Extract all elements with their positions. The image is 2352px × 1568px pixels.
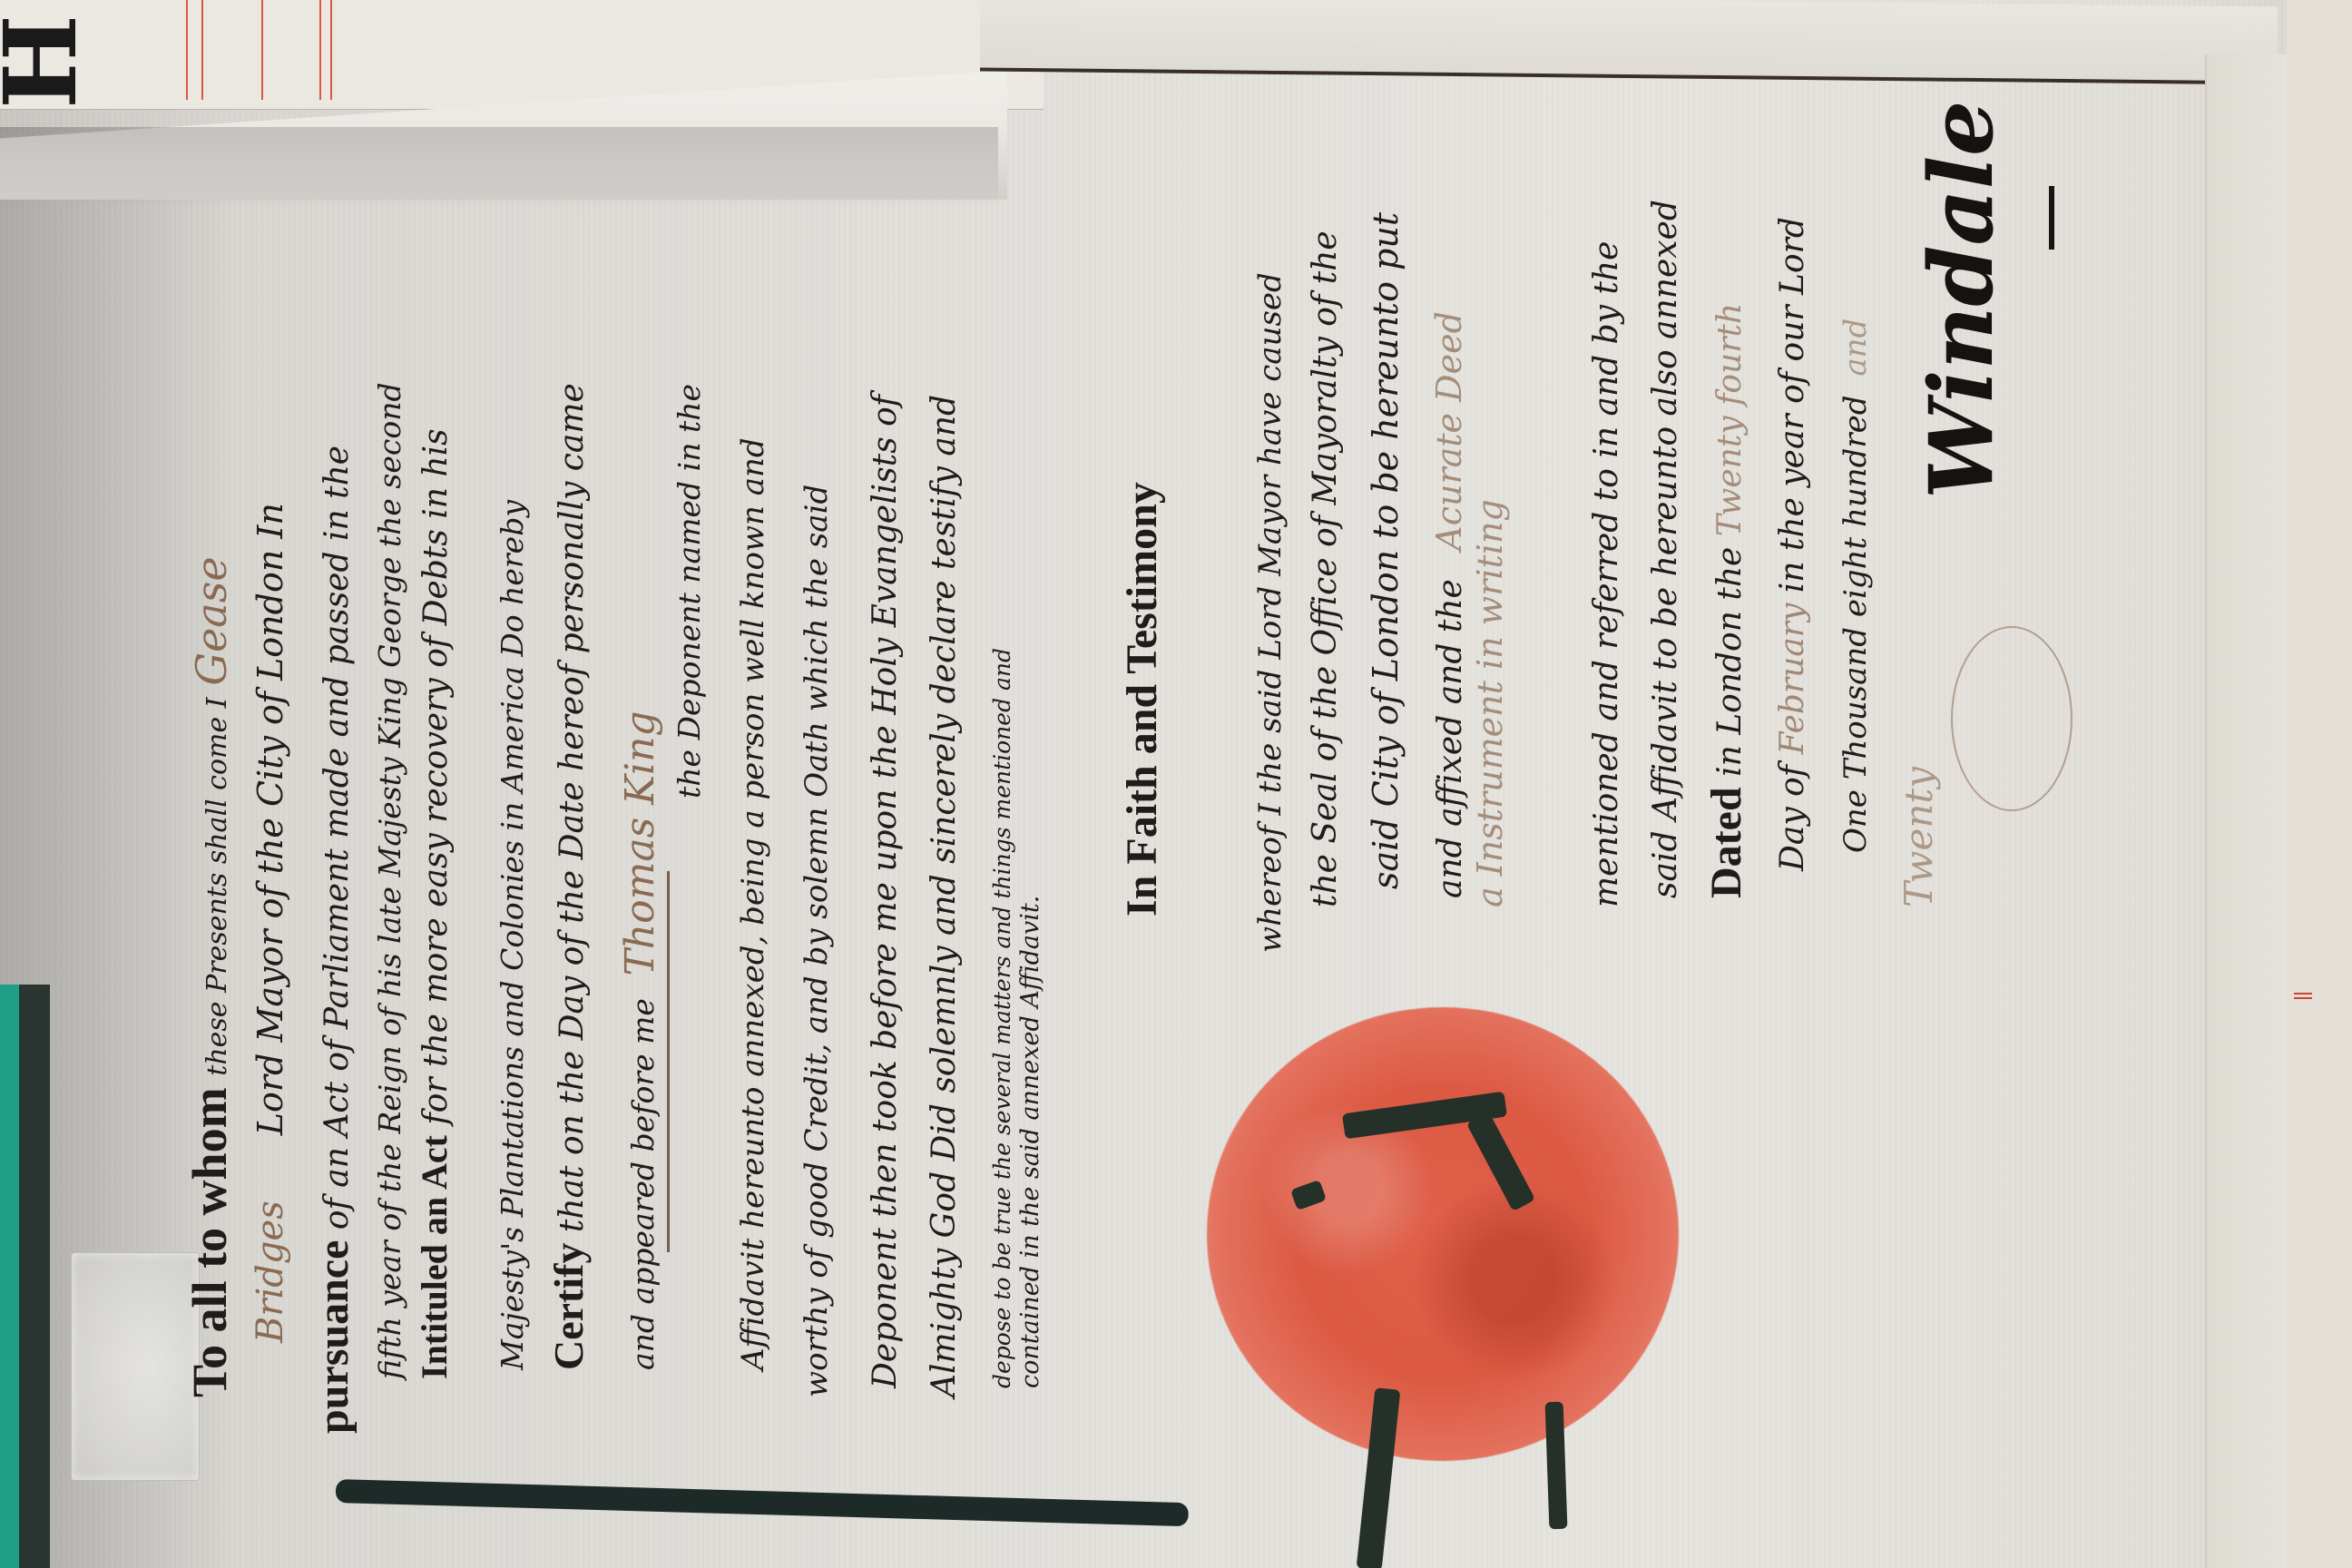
line-text: Almighty God Did solemnly and sincerely … (926, 395, 963, 1397)
blank-rule-line (667, 871, 670, 1252)
line-text: Day of (1774, 765, 1811, 871)
line-text: mentioned and referred to in and by the (1588, 241, 1625, 907)
line-text: Lord Mayor of the City of London In (250, 503, 290, 1135)
certificate-line-2: Bridges Lord Mayor of the City of London… (250, 503, 291, 1343)
deponent-name-fill: Thomas King (617, 710, 663, 975)
heading-intituled: Intituled an Act (414, 1135, 455, 1379)
certificate-line-7: Certify that on the Day of the Date here… (544, 383, 593, 1370)
line-text: Affidavit hereunto annexed, being a pers… (735, 437, 771, 1370)
testimony-line-2: the Seal of the Office of Mayoralty of t… (1307, 230, 1344, 907)
red-margin-line (201, 0, 203, 100)
line-text: the Seal of the Office of Mayoralty of t… (1307, 230, 1344, 907)
line-text: Majesty's Plantations and Colonies in Am… (495, 500, 530, 1370)
line-text: that on the Day of the Date hereof perso… (554, 383, 591, 1232)
month-fill: February (1774, 603, 1811, 755)
certificate-line-4: fifth year of the Reign of his late Maje… (372, 382, 407, 1379)
mayor-signature: Windale (1910, 101, 2013, 499)
heading-to-all-to-whom: To all to whom (182, 1087, 237, 1397)
signature-flourish (2049, 186, 2054, 250)
mayor-surname-fill: Bridges (250, 1200, 291, 1343)
testimony-line-7: said Affidavit to be hereunto also annex… (1647, 200, 1684, 898)
line-text: Deponent then took before me upon the Ho… (867, 395, 904, 1388)
certificate-line-9: the Deponent named in the (671, 384, 707, 799)
top-folded-flap (980, 0, 2278, 84)
red-wax-seal (1207, 1007, 1679, 1461)
adjacent-sheet (2287, 0, 2352, 1568)
certificate-line-8: and appeared before me Thomas King (617, 710, 663, 1370)
blackletter-fragment: H (0, 15, 91, 109)
instrument-description-fill: Acurate Deed (1429, 311, 1469, 551)
heading-dated: Dated (1702, 787, 1750, 898)
certificate-line-3: pursuance of an Act of Parliament made a… (309, 446, 358, 1434)
red-margin-line (186, 0, 188, 100)
year-fill: Twenty (1896, 767, 1941, 907)
line-text: and affixed and the (1432, 579, 1469, 898)
certificate-line-12: Deponent then took before me upon the Ho… (867, 395, 904, 1388)
testimony-line-4: and affixed and the Acurate Deed (1429, 311, 1469, 898)
line-text: these Presents shall come I (201, 697, 233, 1075)
line-text: in the year of our Lord (1774, 217, 1811, 593)
testimony-line-9: Day of February in the year of our Lord (1774, 217, 1811, 871)
certificate-line-6: Majesty's Plantations and Colonies in Am… (495, 500, 530, 1370)
fold-shadow (0, 127, 998, 209)
testimony-line-5: a Instrument in writing (1470, 499, 1510, 907)
instrument-type-fill: a Instrument in writing (1470, 499, 1510, 907)
testimony-line-1: whereof I the said Lord Mayor have cause… (1252, 272, 1289, 953)
testimony-line-6: mentioned and referred to in and by the (1588, 241, 1625, 907)
year-conjunction-fill: and (1837, 318, 1874, 377)
line-text: whereof I the said Lord Mayor have cause… (1252, 272, 1289, 953)
red-margin-line (330, 0, 332, 100)
red-rule-mark (2294, 993, 2312, 995)
heading-pursuance: pursuance (309, 1240, 358, 1434)
line-text: said Affidavit to be hereunto also annex… (1647, 200, 1684, 898)
red-margin-line (261, 0, 263, 100)
heading-certify: Certify (545, 1243, 592, 1370)
embossed-revenue-stamp (71, 1252, 200, 1481)
line-text: of an Act of Parliament made and passed … (318, 446, 356, 1230)
heading-in-faith-and-testimony: In Faith and Testimony (1118, 482, 1166, 916)
mayor-name-fill: Gease (187, 556, 236, 685)
flourish-loop (1951, 626, 2073, 811)
line-text: depose to be true the several matters an… (989, 648, 1015, 1388)
certificate-line-15: contained in the said annexed Affidavit. (1016, 896, 1044, 1388)
line-text: and appeared before me (625, 998, 661, 1370)
line-text: for the more easy recovery of Debts in h… (417, 428, 455, 1124)
certificate-line-5: Intituled an Act for the more easy recov… (413, 428, 456, 1379)
line-text: the Deponent named in the (671, 384, 707, 799)
testimony-line-3: said City of London to be hereunto put (1366, 212, 1406, 889)
certificate-line-10: Affidavit hereunto annexed, being a pers… (735, 437, 771, 1370)
right-folded-edge (2205, 54, 2288, 1568)
testimony-line-10: One Thousand eight hundred and (1837, 318, 1874, 853)
testimony-heading: In Faith and Testimony (1116, 482, 1167, 916)
line-text: in London the (1711, 547, 1749, 777)
certificate-line-11: worthy of good Credit, and by solemn Oat… (799, 485, 835, 1397)
certificate-line-13: Almighty God Did solemnly and sincerely … (926, 395, 963, 1397)
testimony-line-8: Dated in London the Twenty fourth (1701, 303, 1751, 898)
certificate-line-1: To all to whom these Presents shall come… (181, 556, 238, 1397)
line-text: One Thousand eight hundred (1837, 395, 1874, 853)
line-text: worthy of good Credit, and by solemn Oat… (799, 485, 835, 1397)
line-text: said City of London to be hereunto put (1366, 212, 1406, 889)
green-binder-edge (0, 985, 50, 1568)
line-text: fifth year of the Reign of his late Maje… (372, 382, 407, 1379)
certificate-line-14: depose to be true the several matters an… (989, 648, 1015, 1388)
day-fill: Twenty fourth (1711, 303, 1749, 536)
red-margin-line (319, 0, 321, 100)
testimony-line-11: Twenty (1896, 767, 1941, 907)
line-text: contained in the said annexed Affidavit. (1016, 896, 1044, 1388)
